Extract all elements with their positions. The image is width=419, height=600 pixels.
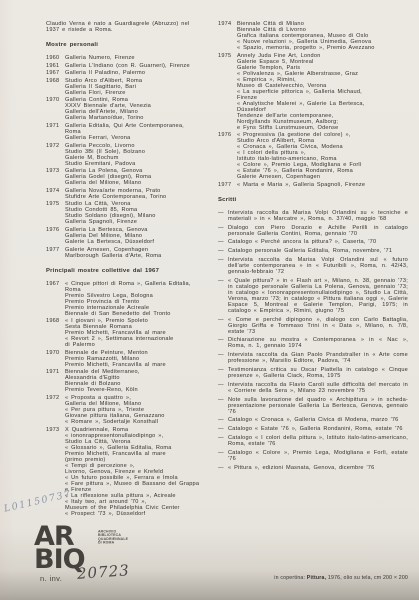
scanned-catalog-page: Claudio Verna è nato a Guardiagrele (Abr… [0,0,419,600]
exhibition-year: 1972 [46,143,65,167]
exhibition-entry: 1977« Marta e Maria », Galleria Spagnoli… [218,182,408,188]
scritti-text: Testimonianza critica su Oscar Piattella… [228,367,408,379]
dash-marker: — [218,278,228,314]
exhibition-lines: « Marta e Maria », Galleria Spagnoli, Fi… [237,182,408,188]
scritti-item: —Catalogo « Estate '76 », Galleria Ronda… [218,426,408,432]
dash-marker: — [218,397,228,415]
exhibition-line: Stufidre Arte Contemporanea, Torino [65,194,216,200]
inventory-label: n. inv. [40,574,62,583]
exhibition-year: 1975 [218,53,237,131]
scritti-item: —Dialogo con Piero Dorazio e Achille Per… [218,225,408,237]
exhibition-year: 1974 [46,188,65,200]
exhibition-lines: « I giovani », Premio SpoletoSesta Bienn… [65,318,216,348]
exhibition-entry: 1977Galerie Arnesen, CopenhagenMarlborou… [46,247,216,259]
left-column: Claudio Verna è nato a Guardiagrele (Abr… [46,21,216,518]
exhibition-lines: « Cinque pittori di Roma », Galleria Edi… [65,281,216,317]
exhibition-lines: Studio La Città, VeronaStudio Condotti 8… [65,201,216,225]
dash-marker: — [218,225,228,237]
exhibition-lines: Biennale del Mediterraneo,Alessandria d'… [65,369,216,393]
exhibition-line: Galleria L'Indiano (con R. Guarneri), Fi… [65,63,216,69]
artist-bio: Claudio Verna è nato a Guardiagrele (Abr… [46,21,216,33]
exhibition-year: 1977 [218,182,237,188]
mostre-collettive-list-right: 1974Biennale Città di MilanoBiennale Cit… [218,21,408,188]
dash-marker: — [218,210,228,222]
exhibition-lines: « Progressiva (la gestione del colore) »… [237,132,408,180]
scritti-text: Catalogo « Estate '76 », Galleria Rondan… [228,426,408,432]
scritti-text: Catalogo « Colore », Premio Lega, Modigl… [228,450,408,462]
scritti-text: Catalogo personale Galleria Editalia, Ro… [228,248,408,254]
exhibition-line: Galleria del Milione, Milano [65,180,216,186]
scritti-text: Note sulla lavorazione del quadro « Arch… [228,397,408,415]
exhibition-year: 1973 [46,168,65,186]
exhibition-line: Biennale di San Benedetto del Tronto [65,311,216,317]
dash-marker: — [218,426,228,432]
caption-rest: 1976, olio su tela, cm 200 × 200 [326,575,408,581]
exhibition-entry: 1976Galleria La Bertesca, GenovaGalleria… [46,227,216,245]
exhibition-lines: Biennale de Peinture, MentonPremio Ramaz… [65,350,216,368]
exhibition-lines: Galleria L'Indiano (con R. Guarneri), Fi… [65,63,216,69]
exhibition-lines: Galleria Numero, Firenze [65,55,216,61]
exhibition-lines: Biennale Città di MilanoBiennale Città d… [237,21,408,51]
exhibition-entry: 1967Galleria Il Paladino, Palermo [46,70,216,76]
scritti-text: Catalogo « Perché ancora la pittura? », … [228,239,408,245]
exhibition-lines: Annely Juda Fine Art, LondonGalerie Espa… [237,53,408,131]
exhibition-entry: 1967« Cinque pittori di Roma », Galleria… [46,281,216,317]
caption-prefix: in copertina: [274,575,307,581]
exhibition-year: 1970 [46,350,65,368]
exhibition-year: 1960 [46,55,65,61]
exhibition-entry: 1974Biennale Città di MilanoBiennale Cit… [218,21,408,51]
scritti-text: Catalogo « Cronaca », Galleria Civica di… [228,417,408,423]
scritti-text: Intervista raccolta da Marisa Volpi Orla… [228,210,408,222]
scritti-list: —Intervista raccolta da Marisa Volpi Orl… [218,210,408,471]
exhibition-lines: Galleria La Bertesca, GenovaGalleria Del… [65,227,216,245]
dash-marker: — [218,450,228,462]
dash-marker: — [218,417,228,423]
exhibition-line: Premio Michetti, Francavilla al mare [65,362,216,368]
dash-marker: — [218,435,228,447]
exhibition-year: 1967 [46,281,65,317]
exhibition-line: « Prospect '73 », Düsseldorf [65,511,216,517]
exhibition-entry: 1973X Quadriennale, Roma« iononrappresen… [46,427,216,517]
exhibition-year: 1975 [46,201,65,225]
exhibition-lines: Studio Arco d'Alibert, RomaGalleria Il S… [65,78,216,96]
exhibition-lines: Galleria La Polena, GenovaGalleria Godel… [65,168,216,186]
exhibition-lines: « Proposta a quattro »,Galleria del Mili… [65,395,216,425]
dash-marker: — [218,382,228,394]
scritti-item: —Intervista raccolta da Gian Paolo Prand… [218,352,408,364]
exhibition-line: Galleria Il Paladino, Palermo [65,70,216,76]
stamp-archive-line: DI ROMA [98,541,168,545]
bio-line: 1937 e risiede a Roma. [46,27,216,33]
exhibition-entry: 1968Studio Arco d'Alibert, RomaGalleria … [46,78,216,96]
section-title-mostre-collettive: Principali mostre collettive dal 1967 [46,268,216,274]
exhibition-entry: 1975Annely Juda Fine Art, LondonGalerie … [218,53,408,131]
scritti-text: Intervista raccolta da Marisa Volpi Orla… [228,257,408,275]
exhibition-line: Studio Eremitani, Padova [65,161,216,167]
exhibition-entry: 1973Galleria La Polena, GenovaGalleria G… [46,168,216,186]
exhibition-year: 1968 [46,78,65,96]
exhibition-entry: 1970Biennale de Peinture, MentonPremio R… [46,350,216,368]
exhibition-line: Galleria Martano/due, Torino [65,115,216,121]
exhibition-line: « Marta e Maria », Galleria Spagnoli, Fi… [237,182,408,188]
dash-marker: — [218,239,228,245]
exhibition-year: 1971 [46,123,65,141]
exhibition-entry: 1974Galleria Nova/arte moderna, PratoStu… [46,188,216,200]
handwritten-inventory-number: 20723 [76,561,130,583]
right-column: 1974Biennale Città di MilanoBiennale Cit… [218,21,408,473]
mostre-collettive-list-left: 1967« Cinque pittori di Roma », Galleria… [46,281,216,517]
exhibition-year: 1976 [46,227,65,245]
section-title-scritti: Scritti [218,197,408,203]
scritti-item: —Catalogo « Perché ancora la pittura? »,… [218,239,408,245]
cover-caption: in copertina: Pittura, 1976, olio su tel… [274,575,408,581]
exhibition-line: Galleria Flori, Firenze [65,90,216,96]
stamp-archive-text: ARCHIVIO BIBLIOTECA QUADRIENNALE DI ROMA [98,530,168,545]
exhibition-year: 1971 [46,369,65,393]
exhibition-entry: 1972« Proposta a quattro »,Galleria del … [46,395,216,425]
scritti-text: « Quale pittura? » in « Flash art », Mil… [228,278,408,314]
exhibition-lines: Galleria Editalia, Qui Arte Contemporane… [65,123,216,141]
exhibition-line: Galerie La Bertesca, Düsseldorf [65,239,216,245]
exhibition-lines: Galleria Peccolo, LivornoStudio 3Bi (Il … [65,143,216,167]
scritti-item: —« Pittura », edizioni Masnata, Genova, … [218,465,408,471]
dash-marker: — [218,465,228,471]
exhibition-lines: X Quadriennale, Roma« iononrappresentonu… [65,427,216,517]
caption-work-title: Pittura, [307,575,326,581]
dash-marker: — [218,367,228,379]
exhibition-lines: Galleria Nova/arte moderna, PratoStufidr… [65,188,216,200]
dash-marker: — [218,337,228,349]
scritti-item: —Intervista raccolta da Flavio Caroli su… [218,382,408,394]
scritti-item: —Catalogo « Cronaca », Galleria Civica d… [218,417,408,423]
exhibition-entry: 1971Biennale del Mediterraneo,Alessandri… [46,369,216,393]
exhibition-year: 1972 [46,395,65,425]
dash-marker: — [218,352,228,364]
exhibition-year: 1976 [218,132,237,180]
scritti-text: « Pittura », edizioni Masnata, Genova, d… [228,465,408,471]
exhibition-line: e Fyns Stifts Lunstmuseum, Odense [237,125,408,131]
exhibition-entry: 1970Galleria Contini, RomaXXXV Biennale … [46,97,216,121]
exhibition-entry: 1975Studio La Città, VeronaStudio Condot… [46,201,216,225]
exhibition-entry: 1960Galleria Numero, Firenze [46,55,216,61]
exhibition-line: Galleria Ferrari, Verona [65,135,216,141]
exhibition-entry: 1971Galleria Editalia, Qui Arte Contempo… [46,123,216,141]
exhibition-year: 1970 [46,97,65,121]
scritti-item: —Catalogo personale Galleria Editalia, R… [218,248,408,254]
section-title-mostre-personali: Mostre personali [46,42,216,48]
scritti-item: —Intervista raccolta da Marisa Volpi Orl… [218,257,408,275]
mostre-personali-list: 1960Galleria Numero, Firenze1961Galleria… [46,55,216,259]
dash-marker: — [218,257,228,275]
exhibition-entry: 1961Galleria L'Indiano (con R. Guarneri)… [46,63,216,69]
exhibition-entry: 1968« I giovani », Premio SpoletoSesta B… [46,318,216,348]
exhibition-line: « Spazio, memoria, progetto », Premio Av… [237,45,408,51]
scritti-text: Dialogo con Piero Dorazio e Achille Peri… [228,225,408,237]
scritti-text: Intervista raccolta da Gian Paolo Prands… [228,352,408,364]
exhibition-lines: Galleria Il Paladino, Palermo [65,70,216,76]
exhibition-line: Galleria Spagnoli, Firenze [65,219,216,225]
scritti-text: Dichiarazione su mostra « Contemporanea … [228,337,408,349]
exhibition-line: di Palermo [65,342,216,348]
exhibition-year: 1968 [46,318,65,348]
scritti-item: —« Come e perché dipingono », dialogo co… [218,317,408,335]
exhibition-year: 1974 [218,21,237,51]
scritti-item: —Note sulla lavorazione del quadro « Arc… [218,397,408,415]
scritti-item: —Testimonianza critica su Oscar Piattell… [218,367,408,379]
exhibition-line: « Romare », Sodertalje Konsthall [65,419,216,425]
exhibition-line: Galerie Arnesen, Copenhagen [237,174,408,180]
exhibition-year: 1967 [46,70,65,76]
exhibition-line: Premio Tevere-Reno, Köln [65,387,216,393]
exhibition-year: 1961 [46,63,65,69]
scritti-text: Intervista raccolta da Flavio Caroli sul… [228,382,408,394]
scritti-item: —Catalogo « I colori della pittura », Is… [218,435,408,447]
scritti-item: —Dichiarazione su mostra « Contemporanea… [218,337,408,349]
scritti-item: —Catalogo « Colore », Premio Lega, Modig… [218,450,408,462]
exhibition-lines: Galerie Arnesen, CopenhagenMarlborough G… [65,247,216,259]
scritti-text: « Come e perché dipingono », dialogo con… [228,317,408,335]
exhibition-lines: Galleria Contini, RomaXXXV Biennale d'ar… [65,97,216,121]
scritti-item: —Intervista raccolta da Marisa Volpi Orl… [218,210,408,222]
exhibition-line: Galleria Numero, Firenze [65,55,216,61]
exhibition-entry: 1972Galleria Peccolo, LivornoStudio 3Bi … [46,143,216,167]
exhibition-line: Marlborough Galleria d'Arte, Roma [65,253,216,259]
dash-marker: — [218,317,228,335]
exhibition-line: « Fare pittura », Museo di Bassano del G… [65,481,216,487]
exhibition-year: 1977 [46,247,65,259]
scritti-text: Catalogo « I colori della pittura », Ist… [228,435,408,447]
exhibition-entry: 1976« Progressiva (la gestione del color… [218,132,408,180]
dash-marker: — [218,248,228,254]
scritti-item: —« Quale pittura? » in « Flash art », Mi… [218,278,408,314]
